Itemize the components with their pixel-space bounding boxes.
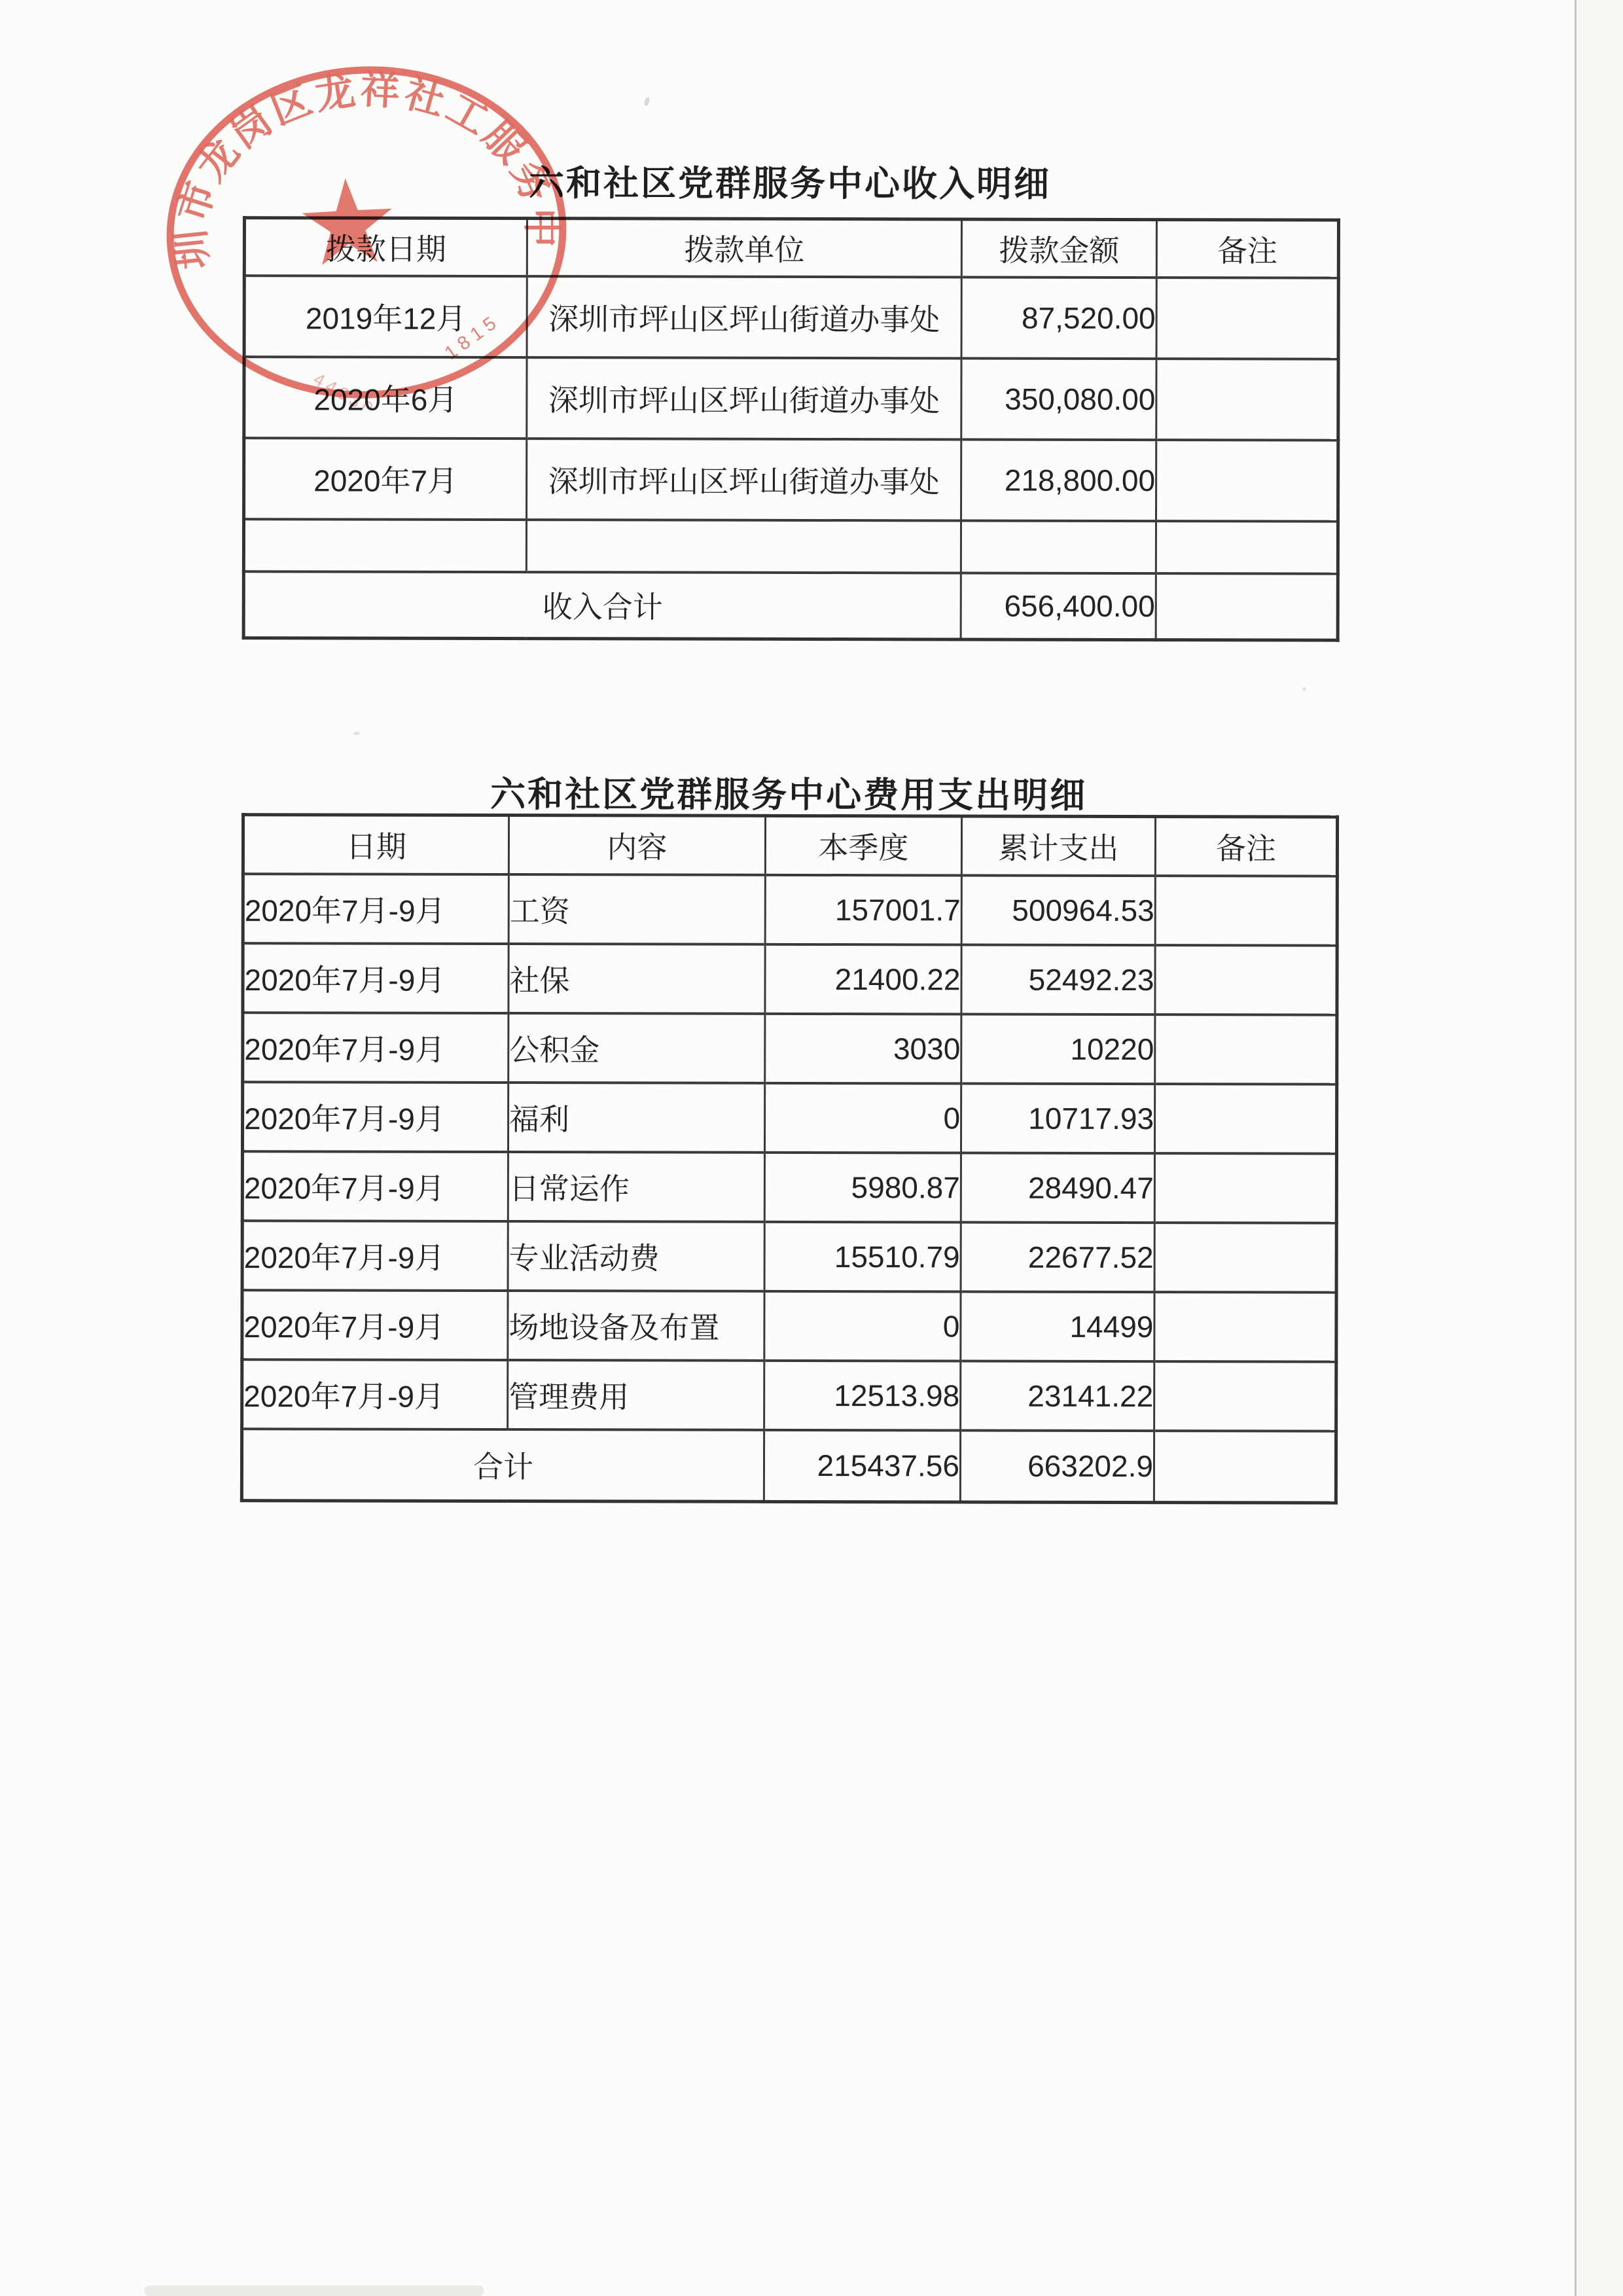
- expense-total-quarter-cell: 215437.56: [764, 1429, 960, 1502]
- scan-edge-line: [1575, 0, 1577, 2296]
- expense-cumulative-cell: 10220: [961, 1014, 1155, 1084]
- expense-title: 六和社区党群服务中心费用支出明细: [241, 766, 1336, 819]
- income-remark-cell: [1156, 359, 1338, 440]
- expense-header-quarter: 本季度: [765, 816, 961, 875]
- income-unit-cell: 深圳市坪山区坪山街道办事处: [527, 439, 961, 520]
- expense-header-cumulative: 累计支出: [961, 816, 1155, 876]
- expense-item-cell: 福利: [508, 1083, 764, 1153]
- income-unit-cell: [526, 520, 961, 573]
- expense-cumulative-cell: 14499: [961, 1291, 1154, 1361]
- expense-date-cell: 2020年7月-9月: [243, 943, 508, 1013]
- income-date-cell: 2020年6月: [244, 357, 527, 439]
- expense-remark-cell: [1154, 1361, 1336, 1431]
- expense-item-cell: 工资: [508, 874, 765, 944]
- expense-remark-cell: [1155, 1014, 1337, 1085]
- income-remark-cell: [1156, 521, 1338, 574]
- income-total-amount-cell: 656,400.00: [961, 573, 1156, 640]
- table-row: 2020年7月-9月 工资 157001.7 500964.53: [243, 874, 1337, 946]
- expense-remark-cell: [1154, 1084, 1336, 1154]
- income-header-amount: 拨款金额: [961, 219, 1156, 278]
- expense-total-row: 合计 215437.56 663202.9: [241, 1429, 1336, 1503]
- expense-remark-cell: [1155, 876, 1337, 946]
- income-date-cell: [243, 519, 526, 572]
- expense-date-cell: 2020年7月-9月: [242, 1290, 508, 1360]
- expense-date-cell: 2020年7月-9月: [242, 1082, 508, 1152]
- table-row: 2020年7月-9月 专业活动费 15510.79 22677.52: [242, 1221, 1336, 1293]
- expense-item-cell: 日常运作: [508, 1152, 764, 1222]
- table-row: 2020年7月 深圳市坪山区坪山街道办事处 218,800.00: [244, 438, 1338, 522]
- expense-date-cell: 2020年7月-9月: [242, 1151, 508, 1221]
- income-amount-cell: [961, 520, 1156, 573]
- income-header-remark: 备注: [1156, 220, 1338, 278]
- expense-header-date: 日期: [243, 815, 508, 874]
- expense-total-label-cell: 合计: [241, 1429, 764, 1502]
- income-header-unit: 拨款单位: [527, 219, 961, 277]
- expense-quarter-cell: 0: [764, 1083, 961, 1153]
- expense-cumulative-cell: 23141.22: [961, 1361, 1154, 1431]
- expense-quarter-cell: 12513.98: [764, 1360, 961, 1430]
- income-total-remark-cell: [1156, 573, 1338, 641]
- scanned-document-page: 六和社区党群服务中心收入明细 拨款日期 拨款单位 拨款金额 备注 2019年12…: [0, 0, 1623, 2296]
- income-table: 拨款日期 拨款单位 拨款金额 备注 2019年12月 深圳市坪山区坪山街道办事处…: [242, 216, 1340, 642]
- expense-item-cell: 管理费用: [508, 1360, 764, 1430]
- expense-quarter-cell: 15510.79: [764, 1221, 961, 1291]
- expense-total-cumulative-cell: 663202.9: [960, 1430, 1154, 1503]
- expense-date-cell: 2020年7月-9月: [243, 1013, 508, 1083]
- table-row-empty: [243, 519, 1338, 574]
- expense-cumulative-cell: 500964.53: [961, 875, 1155, 945]
- expense-cumulative-cell: 10717.93: [961, 1083, 1154, 1153]
- table-row: 2019年12月 深圳市坪山区坪山街道办事处 87,520.00: [244, 276, 1338, 359]
- scan-speck: [1302, 687, 1306, 691]
- table-row: 2020年6月 深圳市坪山区坪山街道办事处 350,080.00: [244, 357, 1338, 440]
- expense-cumulative-cell: 22677.52: [961, 1222, 1154, 1292]
- expense-remark-cell: [1154, 1223, 1336, 1293]
- expense-header-row: 日期 内容 本季度 累计支出 备注: [243, 815, 1337, 876]
- expense-cumulative-cell: 52492.23: [961, 944, 1155, 1014]
- expense-item-cell: 社保: [508, 944, 765, 1014]
- document-content: 六和社区党群服务中心收入明细 拨款日期 拨款单位 拨款金额 备注 2019年12…: [0, 0, 1623, 2296]
- expense-quarter-cell: 157001.7: [765, 874, 961, 944]
- expense-header-item: 内容: [508, 816, 765, 875]
- expense-cumulative-cell: 28490.47: [961, 1153, 1154, 1223]
- table-row: 2020年7月-9月 福利 0 10717.93: [242, 1082, 1336, 1154]
- income-date-cell: 2019年12月: [244, 276, 527, 357]
- income-date-cell: 2020年7月: [244, 438, 527, 520]
- expense-date-cell: 2020年7月-9月: [243, 874, 508, 944]
- scan-smudge: [144, 2286, 484, 2296]
- table-row: 2020年7月-9月 社保 21400.22 52492.23: [243, 943, 1337, 1015]
- expense-header-remark: 备注: [1155, 817, 1337, 876]
- expense-item-cell: 公积金: [508, 1013, 765, 1083]
- expense-date-cell: 2020年7月-9月: [242, 1359, 508, 1429]
- table-row: 2020年7月-9月 场地设备及布置 0 14499: [242, 1290, 1336, 1362]
- table-row: 2020年7月-9月 公积金 3030 10220: [243, 1013, 1337, 1085]
- income-amount-cell: 350,080.00: [961, 358, 1156, 440]
- income-amount-cell: 87,520.00: [961, 277, 1156, 359]
- expense-quarter-cell: 0: [764, 1291, 961, 1361]
- expense-remark-cell: [1154, 1292, 1336, 1362]
- income-unit-cell: 深圳市坪山区坪山街道办事处: [527, 276, 961, 358]
- expense-item-cell: 场地设备及布置: [508, 1291, 764, 1361]
- table-row: 2020年7月-9月 日常运作 5980.87 28490.47: [242, 1151, 1336, 1223]
- income-amount-cell: 218,800.00: [961, 439, 1156, 521]
- expense-table: 日期 内容 本季度 累计支出 备注 2020年7月-9月 工资 157001.7…: [240, 813, 1339, 1505]
- income-remark-cell: [1156, 278, 1338, 359]
- income-unit-cell: 深圳市坪山区坪山街道办事处: [527, 357, 961, 439]
- expense-quarter-cell: 3030: [765, 1013, 961, 1083]
- expense-date-cell: 2020年7月-9月: [242, 1221, 508, 1291]
- expense-item-cell: 专业活动费: [508, 1221, 764, 1291]
- expense-remark-cell: [1155, 945, 1337, 1015]
- income-header-date: 拨款日期: [244, 218, 527, 276]
- expense-quarter-cell: 5980.87: [764, 1152, 961, 1222]
- income-header-row: 拨款日期 拨款单位 拨款金额 备注: [244, 218, 1338, 278]
- income-title: 六和社区党群服务中心收入明细: [243, 154, 1337, 207]
- income-total-label-cell: 收入合计: [243, 571, 961, 639]
- scan-speck: [353, 732, 360, 735]
- scan-edge-strip: [1577, 0, 1623, 2296]
- table-row: 2020年7月-9月 管理费用 12513.98 23141.22: [242, 1359, 1336, 1431]
- expense-remark-cell: [1154, 1153, 1336, 1223]
- income-remark-cell: [1156, 440, 1338, 522]
- expense-total-remark-cell: [1154, 1431, 1336, 1503]
- expense-quarter-cell: 21400.22: [765, 944, 961, 1014]
- income-total-row: 收入合计 656,400.00: [243, 571, 1338, 641]
